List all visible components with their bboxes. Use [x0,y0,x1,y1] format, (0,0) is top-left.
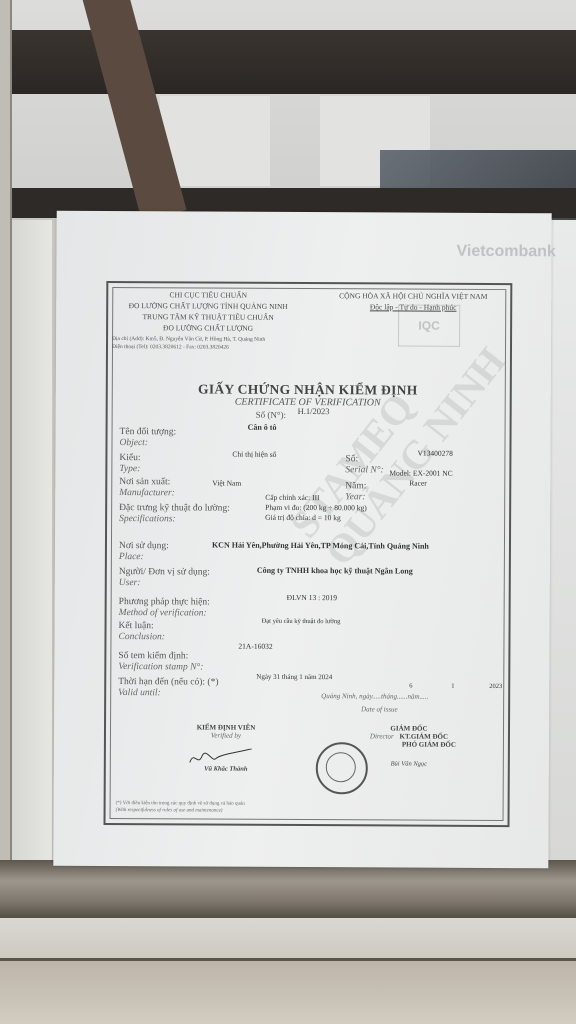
footnote-en: (With respectfulness of rules of use and… [116,807,245,815]
field-object: Tên đối tượng: Object: [119,427,176,449]
show-through-logo: Vietcombank [456,243,555,262]
window-frame-left [0,0,12,880]
issue-month: 1 [451,683,454,690]
field-specifications: Đặc trưng kỹ thuật đo lường: Specificati… [119,503,230,526]
field-manufacturer: Nơi sản xuất: Manufacturer: [119,477,175,499]
manufacturer-value: Việt Nam [212,479,241,488]
verifier-signature-icon [186,748,256,768]
issuer-header: CHI CỤC TIÊU CHUẨN ĐO LƯỜNG CHẤT LƯỢNG T… [108,289,308,334]
director-title-en: Director [370,732,394,740]
conclusion-value: Đạt yêu cầu kỹ thuật đo lường [262,618,341,625]
field-label: Đặc trưng kỹ thuật đo lường: [119,503,230,514]
field-place: Nơi sử dụng: Place: [119,541,169,563]
field-label: Phương pháp thực hiện: [119,597,210,607]
country-name: CỘNG HÒA XÃ HỘI CHỦ NGHĨA VIỆT NAM [318,290,508,302]
field-serial: Số: Serial N°: [345,454,383,476]
field-label-en: Specifications: [119,514,230,526]
serial-value: V13400278 [417,449,452,458]
field-valid-until: Thời hạn đến (nếu có): (*) Valid until: [118,677,218,700]
field-label-en: Valid until: [118,688,218,700]
issue-place-line: Quảng Ninh, ngày.....tháng......năm..... [321,692,428,701]
field-label: Người/ Đơn vị sử dụng: [119,567,210,577]
deputy-director-title: PHÓ GIÁM ĐỐC [374,740,484,749]
field-conclusion: Kết luận: Conclusion: [118,621,165,643]
specifications-value: Cấp chính xác: III Phạm vi đo: (200 kg ÷… [265,493,367,524]
field-label-en: Manufacturer: [119,488,175,499]
user-value: Công ty TNHH khoa học kỹ thuật Ngân Long [257,566,413,576]
issue-date-label: Date of issue [361,705,398,713]
field-label: Số tem kiểm định: [118,651,188,661]
field-label: Nơi sử dụng: [119,541,169,551]
issuer-phone: Điện thoại (Tel): 0203.3820612 - Fax: 02… [112,343,432,353]
field-type: Kiểu: Type: [119,453,140,475]
stamp-number-value: 21A-16032 [238,642,272,651]
window-glass-left [12,220,52,870]
field-stamp-number: Số tem kiểm định: Verification stamp N°: [118,651,203,673]
type-value: Chỉ thị hiện số [232,450,276,459]
certificate-number: H.1/2023 [298,406,330,416]
field-label-en: Serial N°: [345,465,383,476]
field-label-en: Conclusion: [118,632,165,643]
field-label-en: Verification stamp N°: [118,662,203,673]
place-value: KCN Hải Yên,Phường Hải Yên,TP Móng Cái,T… [212,541,429,551]
object-value: Cân ô tô [248,423,277,432]
field-label-en: Method of verification: [119,608,210,619]
director-signature-block: GIÁM ĐỐC Director KT.GIÁM ĐỐC PHÓ GIÁM Đ… [334,724,484,768]
issuer-contact: Địa chỉ (Add): Km5, Đ. Nguyễn Văn Cừ, P.… [112,335,432,353]
field-label: Số: [345,454,358,464]
window-sill [0,918,576,958]
issue-year: 2023 [489,683,502,690]
spec-line: Giá trị độ chia: d = 10 kg [265,513,367,524]
issue-day: 6 [409,683,412,690]
spec-line: Phạm vi đo: (200 kg ÷ 80.000 kg) [265,503,367,514]
model-value: Model: EX-2001 NC [389,468,452,477]
field-label-en: Type: [119,464,140,475]
valid-until-value: Ngày 31 tháng 1 năm 2024 [256,673,332,681]
field-label: Kiểu: [119,453,140,463]
field-label: Tên đối tượng: [120,427,177,437]
field-label: Kết luận: [119,621,154,631]
window-glass-right [548,220,576,860]
issuer-line: ĐO LƯỜNG CHẤT LƯỢNG [108,322,308,334]
issuer-line: ĐO LƯỜNG CHẤT LƯỢNG TỈNH QUẢNG NINH [108,300,308,312]
field-label: Nơi sản xuất: [119,477,170,487]
footnote: (*) Với điều kiện tôn trọng các quy định… [116,800,245,815]
window-sill-track [0,860,576,920]
field-label-en: Object: [119,438,176,449]
window-grille-bar [0,30,576,94]
field-label: Thời hạn đến (nếu có): (*) [118,677,218,688]
field-method: Phương pháp thực hiện: Method of verific… [119,597,210,619]
certificate-paper: Vietcombank CHI CỤC TIÊU CHUẨN ĐO LƯỜNG … [53,211,551,869]
director-kt: KT.GIÁM ĐỐC [400,733,449,741]
field-label-en: Place: [119,552,169,563]
national-motto: Độc lập - Tự do - Hạnh phúc [318,301,508,313]
field-user: Người/ Đơn vị sử dụng: User: [119,567,210,589]
field-label: Năm: [345,481,366,491]
country-header: CỘNG HÒA XÃ HỘI CHỦ NGHĨA VIỆT NAM Độc l… [318,290,508,313]
verifier-title-en: Verified by [166,731,286,740]
field-label-en: User: [119,578,210,589]
certificate-number-label: Số (N°): [256,410,286,420]
model-extra: Racer [409,479,427,488]
method-value: ĐLVN 13 : 2019 [287,593,337,602]
spec-line: Cấp chính xác: III [265,493,367,504]
director-name: Bùi Văn Ngọc [334,760,484,768]
window-ledge [0,958,576,1024]
